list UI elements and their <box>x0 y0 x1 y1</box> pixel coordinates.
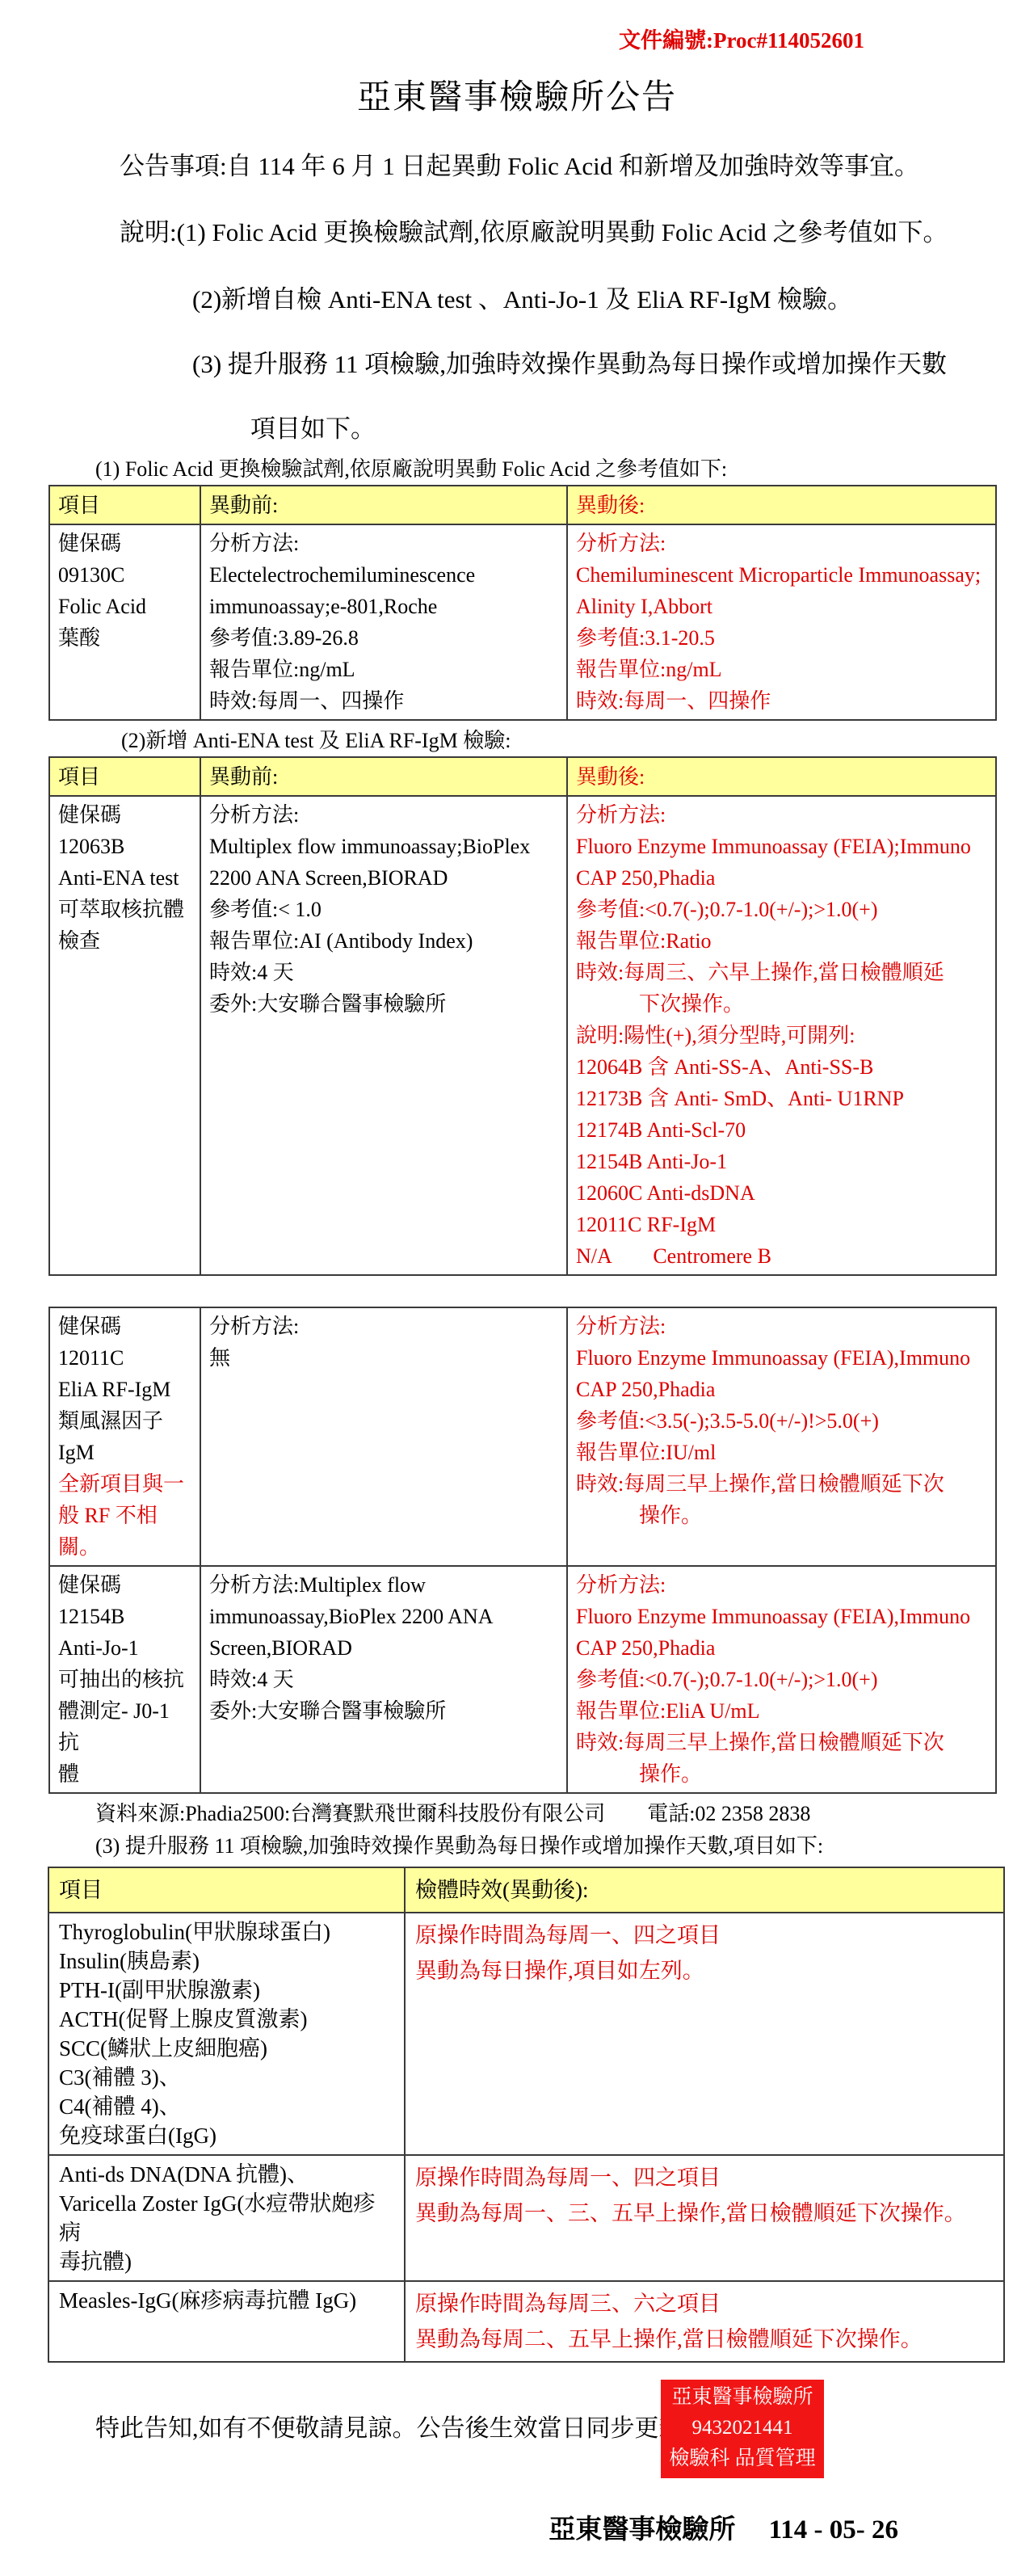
cell-before: 分析方法:Multiplex flow immunoassay,BioPlex … <box>200 1566 567 1793</box>
table2-caption: (2)新增 Anti-ENA test 及 EliA RF-IgM 檢驗: <box>121 727 1034 755</box>
explain-line-2: (2)新增自檢 Anti-ENA test 、Anti-Jo-1 及 EliA … <box>192 282 1034 318</box>
stamp-line-2: 9432021441 <box>661 2413 824 2443</box>
header-cell-before: 異動前: <box>200 757 567 796</box>
doc-number: 文件編號:Proc#114052601 <box>0 0 1034 54</box>
header-cell-before: 異動前: <box>200 486 567 524</box>
stamp-line-1: 亞東醫事檢驗所 <box>661 2382 824 2413</box>
cell-item-text: 健保碼 12011C EliA RF-IgM 類風濕因子 IgM <box>58 1311 191 1468</box>
page-title: 亞東醫事檢驗所公告 <box>0 70 1034 119</box>
explain-line-3: (3) 提升服務 11 項檢驗,加強時效操作異動為每日操作或增加操作天數 <box>192 347 1034 382</box>
cell-after: 分析方法: Chemiluminescent Microparticle Imm… <box>567 524 996 720</box>
header-cell-after: 異動後: <box>567 486 996 524</box>
cell-item: Anti-ds DNA(DNA 抗體)、 Varicella Zoster Ig… <box>48 2155 405 2281</box>
table-row: Thyroglobulin(甲狀腺球蛋白) Insulin(胰島素) PTH-I… <box>48 1913 1004 2155</box>
header-cell-item: 項目 <box>49 486 200 524</box>
cell-after: 原操作時間為每周一、四之項目 異動為每周一、三、五早上操作,當日檢體順延下次操作… <box>405 2155 1004 2281</box>
table-service-upgrade: 項目 檢體時效(異動後): Thyroglobulin(甲狀腺球蛋白) Insu… <box>48 1867 1005 2363</box>
table-row: 健保碼 12011C EliA RF-IgM 類風濕因子 IgM 全新項目與一 … <box>49 1307 996 1566</box>
footer-signature: 亞東醫事檢驗所 114 - 05- 26 <box>0 2508 898 2546</box>
cell-item: Thyroglobulin(甲狀腺球蛋白) Insulin(胰島素) PTH-I… <box>48 1913 405 2155</box>
cell-after: 分析方法: Fluoro Enzyme Immunoassay (FEIA),I… <box>567 1566 996 1793</box>
cell-before: 分析方法: Electelectrochemiluminescence immu… <box>200 524 567 720</box>
table-header-row: 項目 異動前: 異動後: <box>49 757 996 796</box>
header-cell-item: 項目 <box>48 1867 405 1913</box>
table4-caption: (3) 提升服務 11 項檢驗,加強時效操作異動為每日操作或增加操作天數,項目如… <box>95 1833 1034 1860</box>
cell-item-text: 健保碼 12154B Anti-Jo-1 可抽出的核抗 體測定- J0-1 抗 … <box>58 1569 191 1790</box>
cell-after: 分析方法: Fluoro Enzyme Immunoassay (FEIA),I… <box>567 1307 996 1566</box>
cell-item: 健保碼 12011C EliA RF-IgM 類風濕因子 IgM 全新項目與一 … <box>49 1307 200 1566</box>
lab-stamp: 亞東醫事檢驗所 9432021441 檢驗科 品質管理 <box>661 2380 824 2478</box>
table-header-row: 項目 異動前: 異動後: <box>49 486 996 524</box>
cell-item: 健保碼 12063B Anti-ENA test 可萃取核抗體 檢查 <box>49 796 200 1275</box>
cell-item: 健保碼 09130C Folic Acid 葉酸 <box>49 524 200 720</box>
cell-item: Measles-IgG(麻疹病毒抗體 IgG) <box>48 2281 405 2362</box>
closing-line: 特此告知,如有不便敬請見諒。公告後生效當日同步更新網站。 <box>95 2408 1034 2443</box>
table1-caption: (1) Folic Acid 更換檢驗試劑,依原廠說明異動 Folic Acid… <box>95 456 1034 483</box>
explain-line-1: 說明:(1) Folic Acid 更換檢驗試劑,依原廠說明異動 Folic A… <box>120 215 1034 250</box>
table-header-row: 項目 檢體時效(異動後): <box>48 1867 1004 1913</box>
cell-before: 分析方法: Multiplex flow immunoassay;BioPlex… <box>200 796 567 1275</box>
header-cell-item: 項目 <box>49 757 200 796</box>
cell-item: 健保碼 12154B Anti-Jo-1 可抽出的核抗 體測定- J0-1 抗 … <box>49 1566 200 1793</box>
cell-before: 分析方法: 無 <box>200 1307 567 1566</box>
table-rf-igm-jo1: 健保碼 12011C EliA RF-IgM 類風濕因子 IgM 全新項目與一 … <box>48 1307 997 1794</box>
table-row: Measles-IgG(麻疹病毒抗體 IgG) 原操作時間為每周三、六之項目 異… <box>48 2281 1004 2362</box>
table-row: 健保碼 12063B Anti-ENA test 可萃取核抗體 檢查 分析方法:… <box>49 796 996 1275</box>
table-row: Anti-ds DNA(DNA 抗體)、 Varicella Zoster Ig… <box>48 2155 1004 2281</box>
cell-after: 分析方法: Fluoro Enzyme Immunoassay (FEIA);I… <box>567 796 996 1275</box>
stamp-line-3: 檢驗科 品質管理 <box>661 2443 824 2474</box>
table-anti-ena: 項目 異動前: 異動後: 健保碼 12063B Anti-ENA test 可萃… <box>48 756 997 1276</box>
explain-line-3b: 項目如下。 <box>250 411 1034 447</box>
table-folic-acid: 項目 異動前: 異動後: 健保碼 09130C Folic Acid 葉酸 分析… <box>48 485 997 721</box>
cell-after: 原操作時間為每周三、六之項目 異動為每周二、五早上操作,當日檢體順延下次操作。 <box>405 2281 1004 2362</box>
cell-item-note: 全新項目與一 般 RF 不相關。 <box>58 1468 191 1563</box>
header-cell-tat: 檢體時效(異動後): <box>405 1867 1004 1913</box>
announcement-document: 文件編號:Proc#114052601 亞東醫事檢驗所公告 公告事項:自 114… <box>0 0 1034 2576</box>
data-source-line: 資料來源:Phadia2500:台灣賽默飛世爾科技股份有限公司 電話:02 23… <box>95 1800 1034 1828</box>
announcement-line: 公告事項:自 114 年 6 月 1 日起異動 Folic Acid 和新增及加… <box>120 149 1034 184</box>
table-row: 健保碼 12154B Anti-Jo-1 可抽出的核抗 體測定- J0-1 抗 … <box>49 1566 996 1793</box>
table-row: 健保碼 09130C Folic Acid 葉酸 分析方法: Electelec… <box>49 524 996 720</box>
cell-after: 原操作時間為每周一、四之項目 異動為每日操作,項目如左列。 <box>405 1913 1004 2155</box>
header-cell-after: 異動後: <box>567 757 996 796</box>
